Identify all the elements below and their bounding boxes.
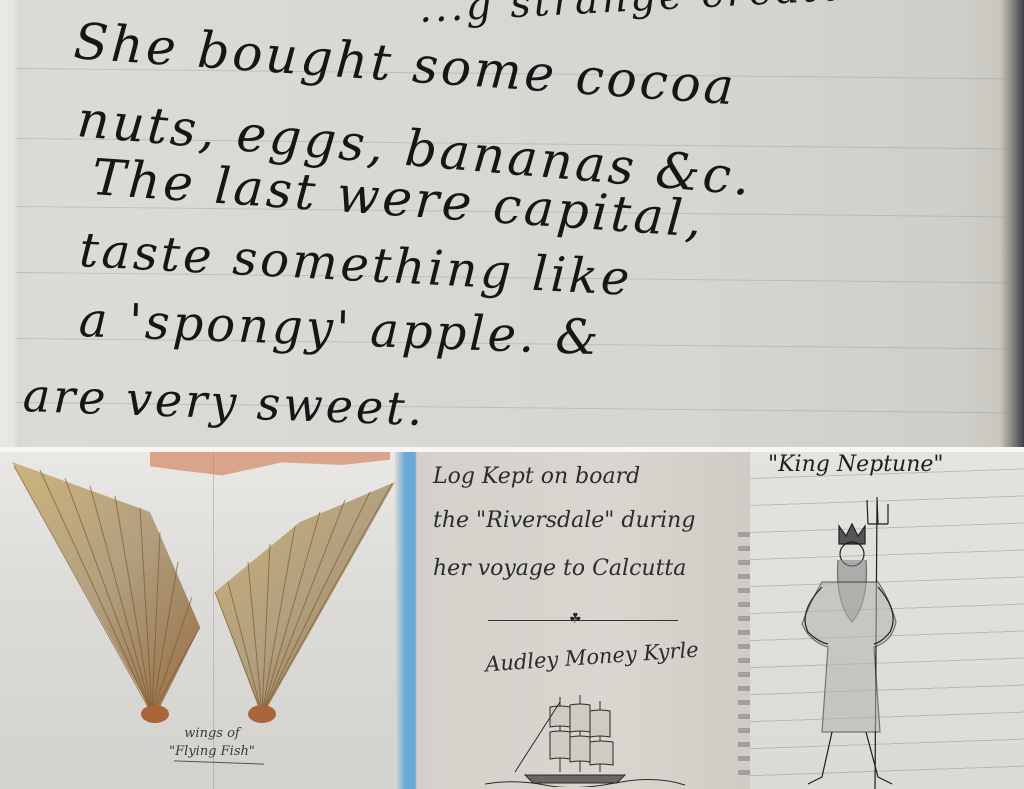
wings-caption: wings of "Flying Fish" bbox=[160, 725, 264, 763]
title-line: the "Riversdale" during bbox=[433, 508, 695, 533]
king-neptune-icon bbox=[750, 452, 1024, 789]
journal-line: are very sweet. bbox=[22, 368, 426, 436]
journal-line: a 'spongy' apple. & bbox=[78, 292, 602, 366]
journal-line: ...g strange creatures. bbox=[418, 0, 939, 32]
title-line: her voyage to Calcutta bbox=[433, 556, 686, 581]
flying-fish-wings-photo: wings of "Flying Fish" bbox=[0, 452, 405, 789]
title-line: Log Kept on board bbox=[433, 464, 640, 489]
journal-page-photo: ...g strange creatures. She bought some … bbox=[0, 0, 1024, 447]
clover-ornament-icon: ☘ bbox=[569, 611, 582, 627]
margin-notes bbox=[738, 532, 750, 782]
signature: Audley Money Kyrle bbox=[484, 638, 699, 677]
caption-line-2: "Flying Fish" bbox=[160, 743, 264, 761]
caption-line-1: wings of bbox=[160, 725, 264, 743]
king-neptune-page-photo: "King Neptune" bbox=[750, 452, 1024, 789]
sailing-ship-icon bbox=[485, 687, 685, 787]
right-wing-icon bbox=[215, 482, 395, 723]
log-title-page-photo: Log Kept on board the "Riversdale" durin… bbox=[405, 452, 750, 789]
left-wing-icon bbox=[12, 462, 200, 723]
blue-edge bbox=[395, 452, 405, 789]
ornament-rule bbox=[488, 620, 678, 621]
